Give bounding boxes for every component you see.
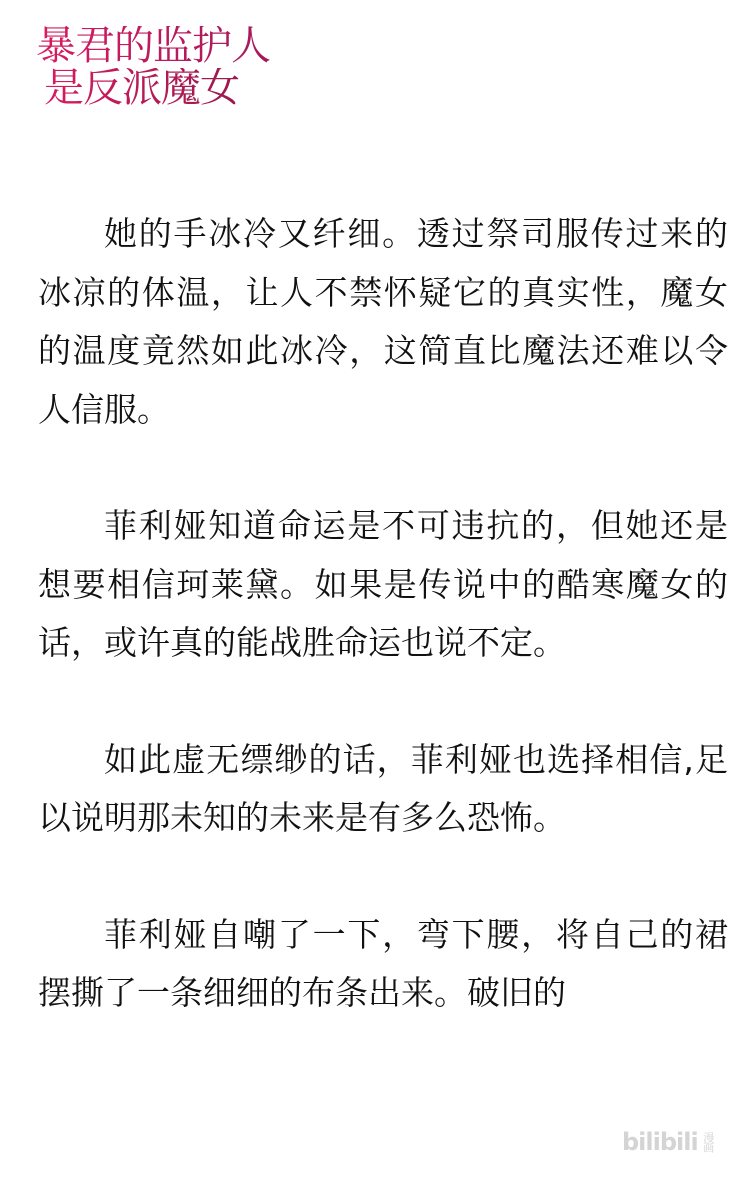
watermark-brand: bilibili bbox=[622, 1128, 698, 1156]
bilibili-watermark: bilibili 漫画 bbox=[622, 1128, 714, 1156]
story-text: 她的手冰冷又纤细。透过祭司服传过来的冰凉的体温，让人不禁怀疑它的真实性，魔女的温… bbox=[38, 205, 728, 1081]
watermark-sub: 漫画 bbox=[702, 1132, 714, 1152]
paragraph: 菲利娅自嘲了一下，弯下腰，将自己的裙摆撕了一条细细的布条出来。破旧的 bbox=[38, 906, 728, 1023]
paragraph: 她的手冰冷又纤细。透过祭司服传过来的冰凉的体温，让人不禁怀疑它的真实性，魔女的温… bbox=[38, 205, 728, 439]
title-line-2: 是反派魔女 bbox=[44, 68, 270, 108]
paragraph: 如此虚无缥缈的话，菲利娅也选择相信,足以说明那未知的未来是有多么恐怖。 bbox=[38, 731, 728, 848]
title-line-1: 暴君的监护人 bbox=[36, 26, 270, 66]
comic-title-logo: 暴君的监护人 是反派魔女 bbox=[36, 26, 270, 108]
paragraph: 菲利娅知道命运是不可违抗的，但她还是想要相信珂莱黛。如果是传说中的酷寒魔女的话，… bbox=[38, 497, 728, 673]
